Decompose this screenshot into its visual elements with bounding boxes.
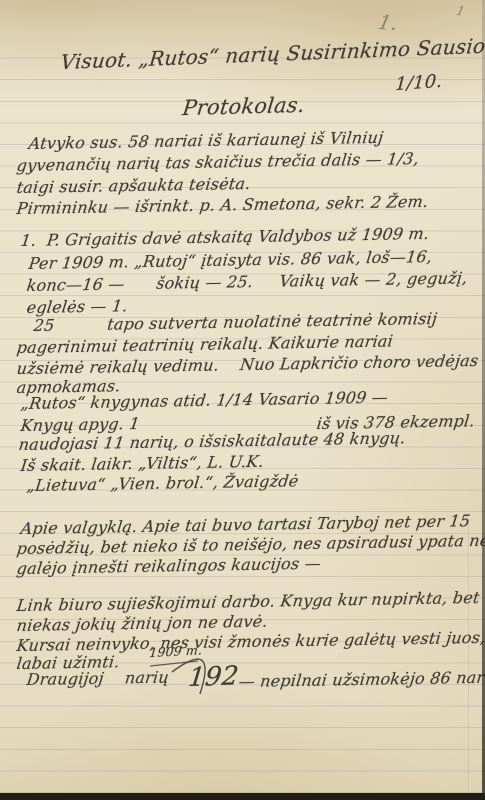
scanned-page: 1.1Visuot. „Rutos“ narių Susirinkimo Sau… bbox=[0, 0, 485, 800]
manuscript-line: Draugijoj narių bbox=[26, 668, 170, 690]
title-date: 1/10. bbox=[395, 71, 444, 95]
page-number-pencil: 1. bbox=[376, 10, 400, 35]
page-number-corner: 1 bbox=[454, 4, 466, 20]
inserted-note: 1909 m. bbox=[149, 642, 203, 660]
paper-page: 1.1Visuot. „Rutos“ narių Susirinkimo Sau… bbox=[0, 0, 485, 793]
title-protokolas: Protokolas. bbox=[181, 93, 306, 120]
paper-crease bbox=[468, 520, 470, 793]
scan-edge-bottom bbox=[0, 793, 485, 800]
manuscript-line: Knygų apyg. 1 bbox=[20, 414, 141, 435]
member-count: 192 bbox=[187, 661, 240, 693]
